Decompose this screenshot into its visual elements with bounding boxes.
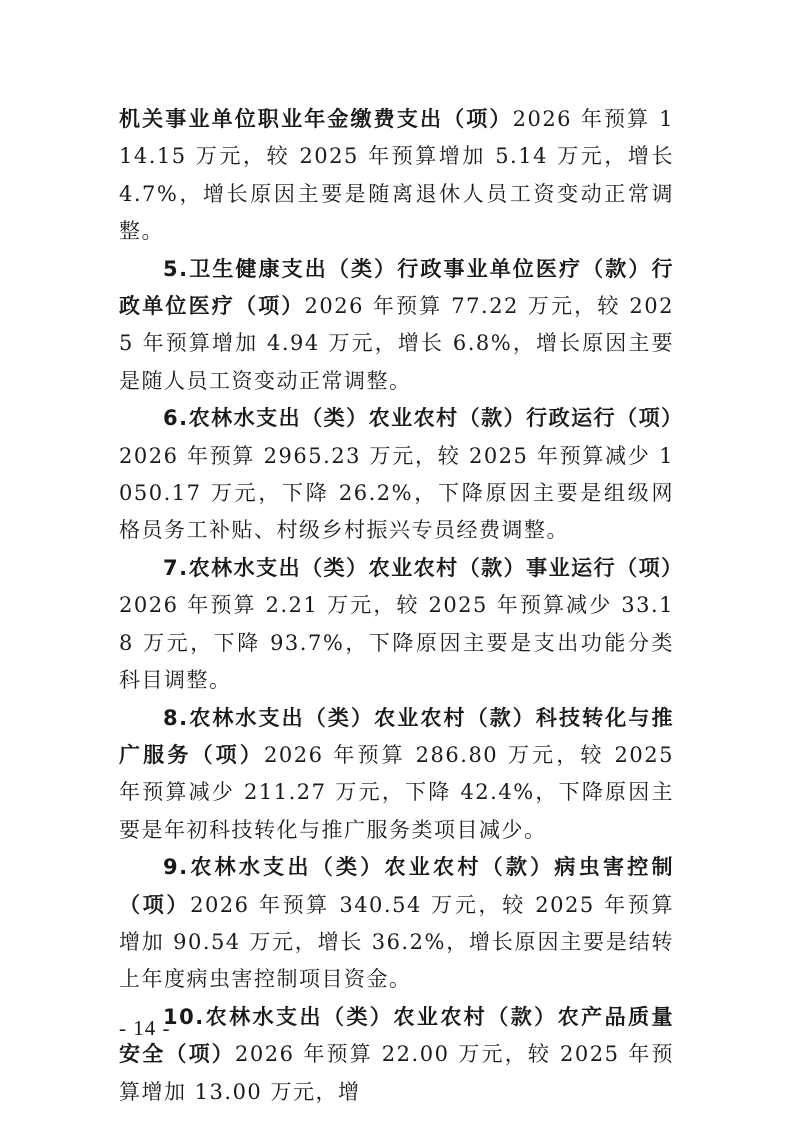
item-heading: 机关事业单位职业年金缴费支出（项） (119, 107, 513, 131)
document-page: 机关事业单位职业年金缴费支出（项）2026 年预算 114.15 万元，较 20… (119, 101, 674, 1111)
item-body: 2026 年预算 2.21 万元，较 2025 年预算减少 33.18 万元，下… (119, 593, 674, 692)
paragraph-item-7: 7.农林水支出（类）农业农村（款）事业运行（项）2026 年预算 2.21 万元… (119, 550, 674, 700)
item-heading: 7.农林水支出（类）农业农村（款）事业运行（项） (163, 556, 684, 580)
paragraph-pension-contribution: 机关事业单位职业年金缴费支出（项）2026 年预算 114.15 万元，较 20… (119, 101, 674, 251)
paragraph-item-8: 8.农林水支出（类）农业农村（款）科技转化与推广服务（项）2026 年预算 28… (119, 700, 674, 850)
paragraph-item-9: 9.农林水支出（类）农业农村（款）病虫害控制（项）2026 年预算 340.54… (119, 849, 674, 999)
paragraph-item-10: 10.农林水支出（类）农业农村（款）农产品质量安全（项）2026 年预算 22.… (119, 999, 674, 1111)
paragraph-item-5: 5.卫生健康支出（类）行政事业单位医疗（款）行政单位医疗（项）2026 年预算 … (119, 251, 674, 401)
item-body: 2026 年预算 2965.23 万元，较 2025 年预算减少 1050.17… (119, 444, 674, 543)
paragraph-item-6: 6.农林水支出（类）农业农村（款）行政运行（项）2026 年预算 2965.23… (119, 400, 674, 550)
page-number: - 14 - (119, 1016, 171, 1041)
item-heading: 6.农林水支出（类）农业农村（款）行政运行（项） (163, 406, 684, 430)
item-body: 2026 年预算 340.54 万元，较 2025 年预算增加 90.54 万元… (119, 893, 674, 992)
